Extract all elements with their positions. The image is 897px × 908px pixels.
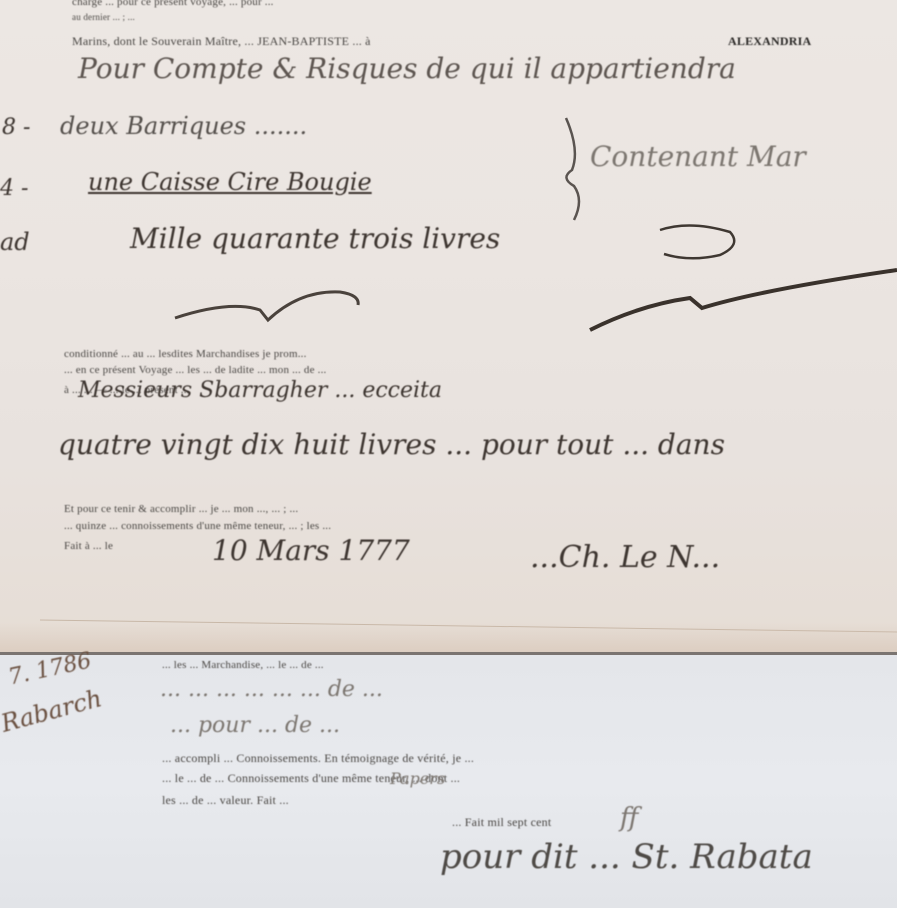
margin-note: 7. 1786 <box>6 649 93 691</box>
printed-line: ... Fait mil sept cent <box>162 815 551 830</box>
handwritten-line: ... ... ... ... ... ... de ... <box>160 677 383 702</box>
consignee-name: Messieurs Sbarragher ... ecceita <box>78 378 442 403</box>
handwritten-line: quatre vingt dix huit livres ... pour to… <box>58 428 725 461</box>
printed-line: conditionné ... au ... lesdites Marchand… <box>64 348 897 360</box>
printed-line: ... le ... de ... Connoissements d'une m… <box>162 771 897 786</box>
handwritten-year: ff <box>620 803 638 833</box>
handwritten-line: ... pour ... de ... <box>170 713 340 738</box>
printed-line: ... les ... Marchandise, ... le ... de .… <box>162 659 897 671</box>
margin-signature: Rabarch <box>0 684 105 738</box>
printed-line: ... quinze ... connoissements d'une même… <box>64 520 897 532</box>
lower-document-sheet: 7. 1786 Rabarch ... les ... Marchandise,… <box>0 652 897 908</box>
printed-line: les ... de ... valeur. Fait ... <box>162 793 289 808</box>
upper-document-sheet: chargé ... pour ce présent voyage, ... p… <box>0 0 897 652</box>
printed-line: Et pour ce tenir & accomplir ... je ... … <box>64 503 897 515</box>
document-date: 10 Mars 1777 <box>212 534 410 567</box>
handwritten-place: Papers <box>390 769 445 788</box>
handwritten-signature: ...Ch. Le N... <box>530 540 720 575</box>
printed-line: Fait à ... le <box>64 540 113 552</box>
ink-flourishes <box>0 0 897 652</box>
printed-line: ... en ce présent Voyage ... les ... de … <box>64 364 897 376</box>
handwritten-signature: pour dit ... St. Rabata <box>440 837 813 877</box>
printed-line: ... accompli ... Connoissements. En témo… <box>162 751 897 766</box>
